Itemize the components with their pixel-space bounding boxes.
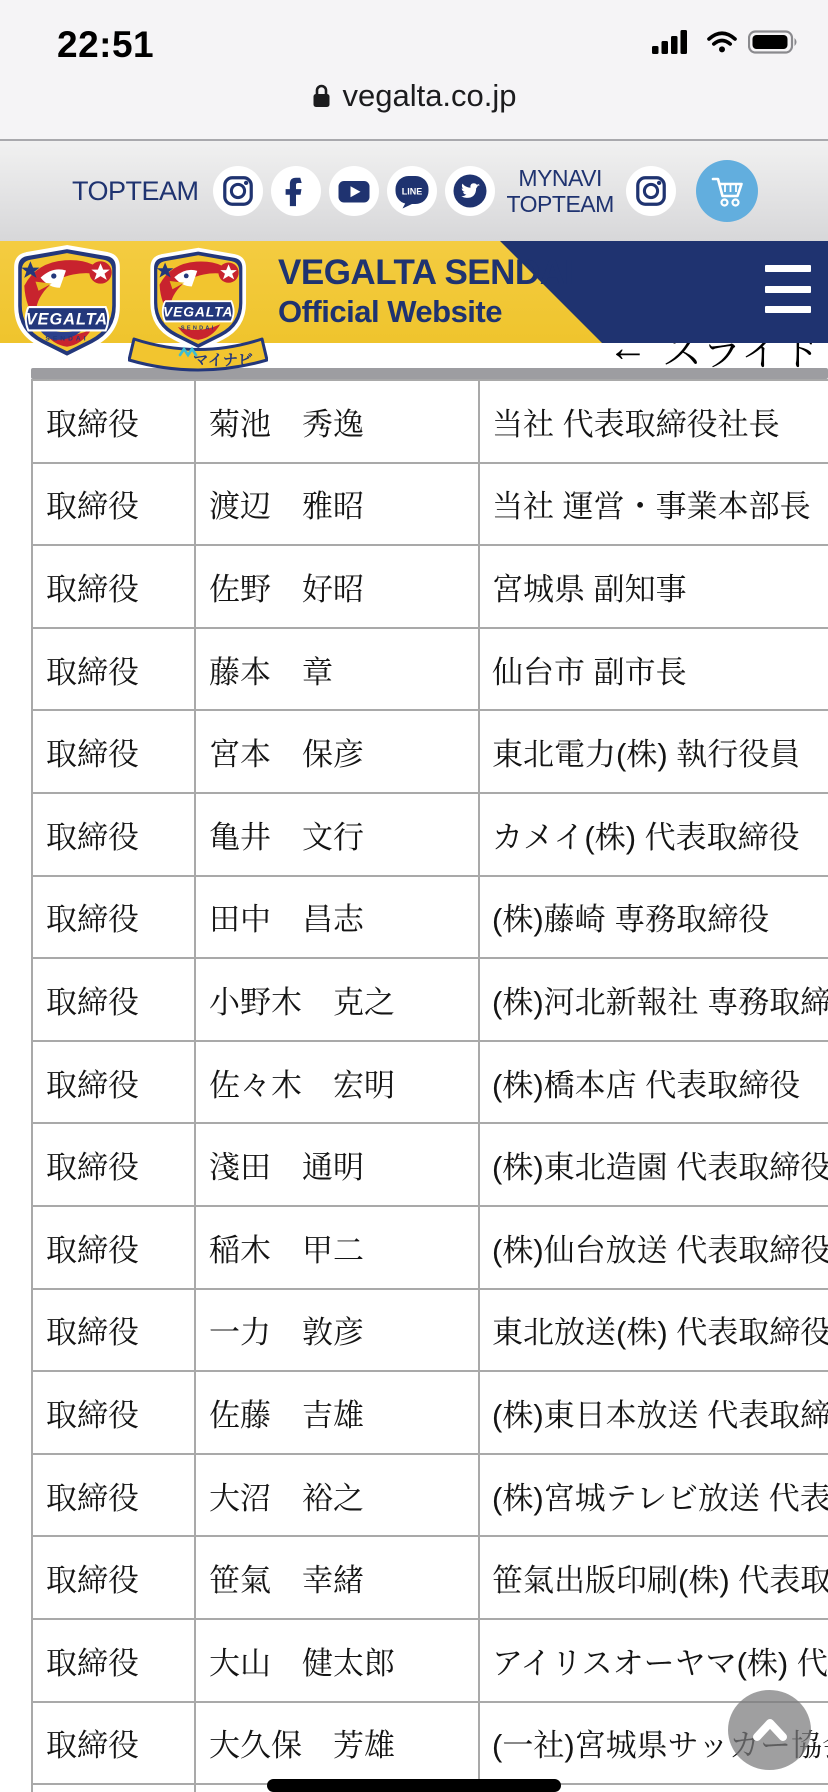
cell-role: 取締役 [33, 464, 194, 545]
topteam-link[interactable]: TOPTEAM [72, 176, 199, 207]
cell-name: 小野木 克之 [194, 959, 478, 1040]
vegalta-mynavi-crest-logo[interactable]: VEGALTA SENDAI マイナビ [128, 246, 268, 378]
safari-top-chrome: 22:51 vegalta.c [0, 0, 828, 141]
cell-name: 笹氣 幸緒 [194, 1537, 478, 1618]
cell-role: 取締役 [33, 711, 194, 792]
table-row: 取締役佐野 好昭宮城県 副知事 [31, 544, 828, 627]
table-row: 取締役淺田 通明(株)東北造園 代表取締役 [31, 1122, 828, 1205]
cell-title: カメイ(株) 代表取締役 [478, 794, 828, 875]
cell-role: 取締役 [33, 1620, 194, 1701]
youtube-button[interactable] [329, 166, 379, 216]
cellular-signal-icon [652, 28, 696, 56]
board-table-body: 取締役菊池 秀逸当社 代表取締役社長取締役渡辺 雅昭当社 運営・事業本部長取締役… [31, 379, 828, 1783]
table-row: 取締役稲木 甲二(株)仙台放送 代表取締役 [31, 1205, 828, 1288]
cell-title: 当社 運営・事業本部長 [478, 464, 828, 545]
crest-sub-text: SENDAI [181, 326, 216, 332]
cell-title: (株)河北新報社 専務取締役 [478, 959, 828, 1040]
url-bar[interactable]: vegalta.co.jp [0, 78, 828, 114]
cell-title: 東北電力(株) 執行役員 [478, 711, 828, 792]
cell-name: 一力 敦彦 [194, 1290, 478, 1371]
lock-icon [311, 82, 332, 110]
vegalta-crest-logo[interactable]: VEGALTA SENDAI [6, 243, 128, 365]
home-indicator[interactable] [267, 1779, 561, 1792]
table-row: 取締役一力 敦彦東北放送(株) 代表取締役 [31, 1288, 828, 1371]
cell-name: 渡辺 雅昭 [194, 464, 478, 545]
cell-name: 稲木 甲二 [194, 1207, 478, 1288]
cell-name: 大久保 芳雄 [194, 1703, 478, 1784]
shopping-cart-icon [707, 171, 747, 211]
instagram-icon [634, 174, 668, 208]
instagram-button[interactable] [213, 166, 263, 216]
back-to-top-button[interactable] [728, 1690, 811, 1770]
crest-sub-text: SENDAI [45, 336, 88, 343]
table-row: 取締役田中 昌志(株)藤崎 専務取締役 [31, 875, 828, 958]
youtube-icon [336, 173, 372, 209]
cell-name: 佐野 好昭 [194, 546, 478, 627]
hamburger-menu-icon[interactable] [765, 265, 811, 313]
table-row: 取締役佐々木 宏明(株)橋本店 代表取締役 [31, 1040, 828, 1123]
table-row: 取締役渡辺 雅昭当社 運営・事業本部長 [31, 462, 828, 545]
cell-title: (株)宮城テレビ放送 代表取締役 [478, 1455, 828, 1536]
battery-icon [748, 29, 800, 55]
crest-name-text: VEGALTA [26, 310, 108, 328]
cell-name: 佐々木 宏明 [194, 1042, 478, 1123]
cell-title: 宮城県 副知事 [478, 546, 828, 627]
table-row: 取締役大山 健太郎アイリスオーヤマ(株) 代表取締役 [31, 1618, 828, 1701]
cell-role: 取締役 [33, 546, 194, 627]
iphone-safari-screen: 22:51 vegalta.c [0, 0, 828, 1792]
cell-role: 取締役 [33, 629, 194, 710]
cell-title: 笹氣出版印刷(株) 代表取締役 [478, 1537, 828, 1618]
cell-name: 菊池 秀逸 [194, 381, 478, 462]
mynavi-label-line2: TOPTEAM [507, 191, 614, 217]
cell-role: 取締役 [33, 1042, 194, 1123]
cell-title: (株)藤崎 専務取締役 [478, 877, 828, 958]
cell-name: 佐藤 吉雄 [194, 1372, 478, 1453]
cell-title: (株)東北造園 代表取締役 [478, 1124, 828, 1205]
cell-title: (株)東日本放送 代表取締役 [478, 1372, 828, 1453]
line-button[interactable]: LINE [387, 166, 437, 216]
facebook-icon [279, 174, 313, 208]
crest-name-text: VEGALTA [163, 304, 233, 319]
cell-title: (株)仙台放送 代表取締役 [478, 1207, 828, 1288]
line-icon: LINE [393, 172, 431, 210]
cell-role: 取締役 [33, 1372, 194, 1453]
mynavi-instagram-button[interactable] [626, 166, 676, 216]
cell-title: 仙台市 副市長 [478, 629, 828, 710]
cell-title: 東北放送(株) 代表取締役 [478, 1290, 828, 1371]
cell-name: 大山 健太郎 [194, 1620, 478, 1701]
cell-role: 取締役 [33, 1207, 194, 1288]
table-row: 取締役宮本 保彦東北電力(株) 執行役員 [31, 709, 828, 792]
table-row: 取締役小野木 克之(株)河北新報社 専務取締役 [31, 957, 828, 1040]
shop-cart-button[interactable] [696, 160, 758, 222]
cell-role: 取締役 [33, 1290, 194, 1371]
mynavi-label-line1: MYNAVI [507, 165, 614, 191]
cell-role: 取締役 [33, 959, 194, 1040]
url-domain: vegalta.co.jp [342, 78, 516, 114]
twitter-button[interactable] [445, 166, 495, 216]
cell-name: 藤本 章 [194, 629, 478, 710]
site-title: VEGALTA SENDAI Official Website [278, 255, 574, 327]
site-title-line2: Official Website [278, 296, 574, 327]
cell-role: 取締役 [33, 877, 194, 958]
mynavi-ribbon-text: マイナビ [193, 352, 253, 369]
cell-title: アイリスオーヤマ(株) 代表取締役 [478, 1620, 828, 1701]
wifi-icon [707, 31, 737, 53]
table-row: 取締役藤本 章仙台市 副市長 [31, 627, 828, 710]
cell-name: 淺田 通明 [194, 1124, 478, 1205]
cell-name: 大沼 裕之 [194, 1455, 478, 1536]
table-row: 取締役亀井 文行カメイ(株) 代表取締役 [31, 792, 828, 875]
table-row: 取締役菊池 秀逸当社 代表取締役社長 [31, 379, 828, 462]
cell-role: 取締役 [33, 1537, 194, 1618]
cell-title: (株)橋本店 代表取締役 [478, 1042, 828, 1123]
status-time: 22:51 [57, 24, 154, 66]
board-members-table: 取締役菊池 秀逸当社 代表取締役社長取締役渡辺 雅昭当社 運営・事業本部長取締役… [31, 379, 828, 1792]
table-row: 取締役佐藤 吉雄(株)東日本放送 代表取締役 [31, 1370, 828, 1453]
instagram-icon [221, 174, 255, 208]
status-icons [652, 28, 800, 56]
cell-role [33, 1785, 194, 1792]
site-title-line1: VEGALTA SENDAI [278, 255, 574, 290]
facebook-button[interactable] [271, 166, 321, 216]
social-bar: TOPTEAM LINE [0, 141, 828, 241]
twitter-icon [451, 172, 489, 210]
cell-role: 取締役 [33, 1455, 194, 1536]
cell-role: 取締役 [33, 1124, 194, 1205]
cell-name: 亀井 文行 [194, 794, 478, 875]
cell-role: 取締役 [33, 1703, 194, 1784]
chevron-up-icon [749, 1717, 791, 1743]
cell-role: 取締役 [33, 381, 194, 462]
cell-title: 当社 代表取締役社長 [478, 381, 828, 462]
cell-name: 田中 昌志 [194, 877, 478, 958]
table-row: 取締役大久保 芳雄(一社)宮城県サッカー協会 [31, 1701, 828, 1784]
line-badge-text: LINE [401, 186, 422, 196]
cell-role: 取締役 [33, 794, 194, 875]
table-row: 取締役笹氣 幸緒笹氣出版印刷(株) 代表取締役 [31, 1535, 828, 1618]
cell-name: 宮本 保彦 [194, 711, 478, 792]
table-row: 取締役大沼 裕之(株)宮城テレビ放送 代表取締役 [31, 1453, 828, 1536]
mynavi-topteam-link[interactable]: MYNAVI TOPTEAM [507, 165, 614, 217]
